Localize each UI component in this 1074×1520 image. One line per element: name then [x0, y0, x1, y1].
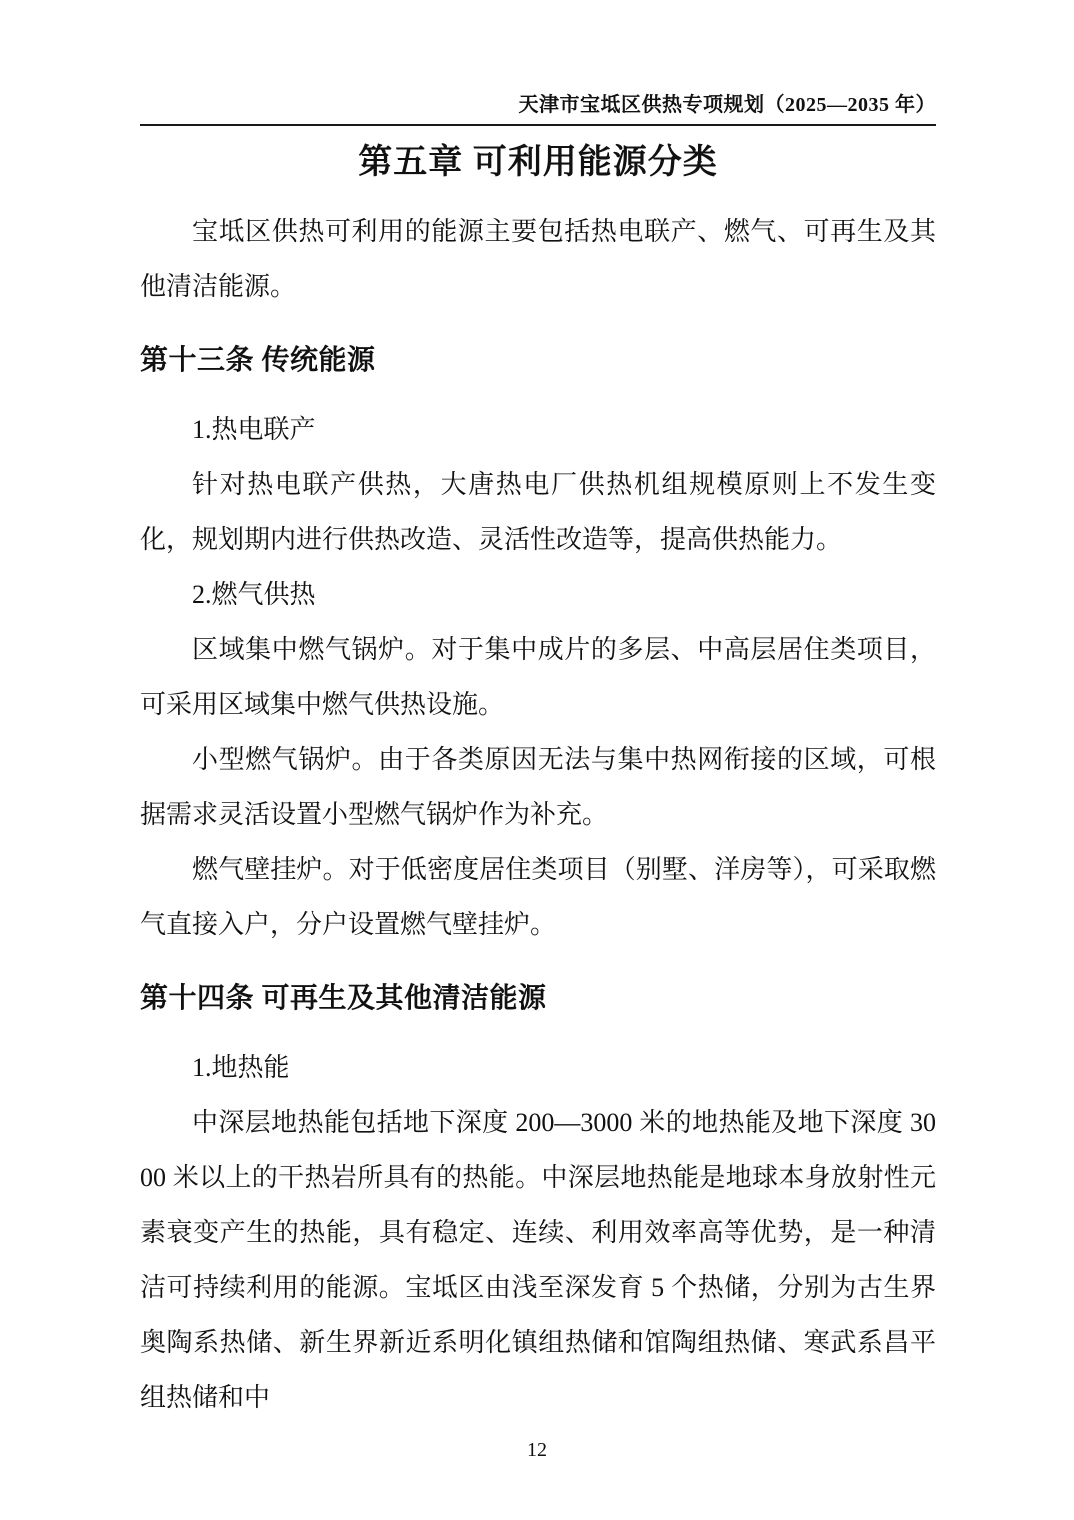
paragraph-item-1-chp: 1.热电联产	[140, 402, 936, 457]
running-header: 天津市宝坻区供热专项规划（2025—2035 年）	[140, 88, 936, 126]
running-header-title: 天津市宝坻区供热专项规划（2025—2035 年）	[519, 94, 937, 116]
paragraph-wall-hung-boiler: 燃气壁挂炉。对于低密度居住类项目（别墅、洋房等），可采取燃气直接入户，分户设置燃…	[140, 842, 936, 952]
chapter-title: 第五章 可利用能源分类	[140, 140, 936, 186]
paragraph-item-1-geothermal: 1.地热能	[140, 1040, 936, 1095]
document-page: 天津市宝坻区供热专项规划（2025—2035 年） 第五章 可利用能源分类 宝坻…	[140, 88, 936, 1425]
paragraph-district-gas-boiler: 区域集中燃气锅炉。对于集中成片的多层、中高层居住类项目，可采用区域集中燃气供热设…	[140, 622, 936, 732]
paragraph-geothermal-detail: 中深层地热能包括地下深度 200—3000 米的地热能及地下深度 3000 米以…	[140, 1095, 936, 1425]
page-number: 12	[0, 1437, 1074, 1463]
paragraph-small-gas-boiler: 小型燃气锅炉。由于各类原因无法与集中热网衔接的区域，可根据需求灵活设置小型燃气锅…	[140, 732, 936, 842]
paragraph-intro: 宝坻区供热可利用的能源主要包括热电联产、燃气、可再生及其他清洁能源。	[140, 204, 936, 314]
section-heading-article-13: 第十三条 传统能源	[140, 340, 936, 382]
section-heading-article-14: 第十四条 可再生及其他清洁能源	[140, 978, 936, 1020]
paragraph-chp-detail: 针对热电联产供热，大唐热电厂供热机组规模原则上不发生变化，规划期内进行供热改造、…	[140, 457, 936, 567]
paragraph-item-2-gas: 2.燃气供热	[140, 567, 936, 622]
